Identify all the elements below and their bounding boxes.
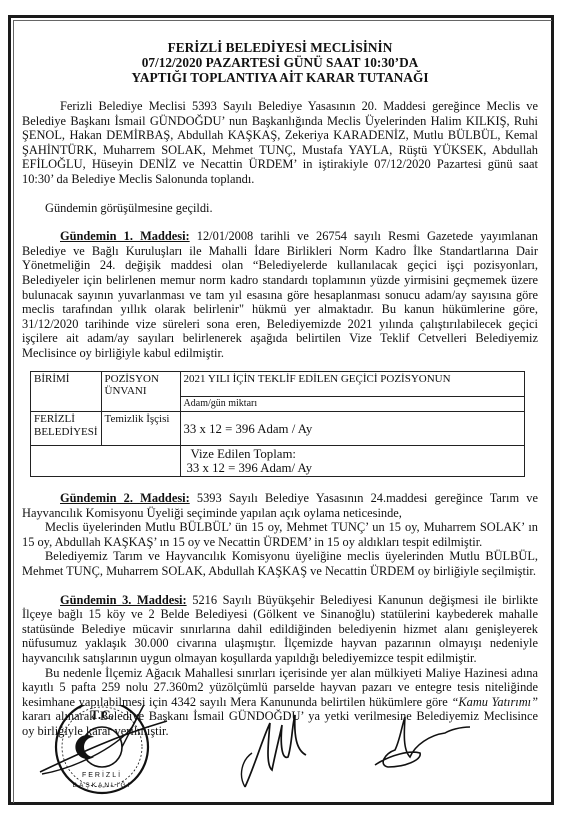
svg-text:FERİZLİ: FERİZLİ [82,770,122,779]
agenda-item-2-result: Belediyemiz Tarım ve Hayvancılık Komisyo… [22,549,538,578]
header-unit: BİRİMİ [31,371,102,412]
title-line-2: 07/12/2020 PAZARTESİ GÜNÜ SAAT 10:30’DA [22,55,538,70]
cell-value: 33 x 12 = 396 Adam / Ay [180,412,524,446]
signature-area: T.C. FERİZLİ BAŞKANLIĞI [30,705,550,800]
svg-text:BAŞKANLIĞI: BAŞKANLIĞI [73,780,132,789]
title-line-1: FERİZLİ BELEDİYESİ MECLİSİNİN [22,40,538,55]
total-value: 33 x 12 = 396 Adam/ Ay [187,461,521,475]
agenda-item-3: Gündemin 3. Maddesi: 5216 Sayılı Büyükşe… [22,593,538,666]
header-proposal: 2021 YILI İÇİN TEKLİF EDİLEN GEÇİCİ POZİ… [180,371,524,396]
title-line-3: YAPTIĞI TOPLANTIYA AİT KARAR TUTANAĞI [22,70,538,85]
vize-table: BİRİMİ POZİSYON ÜNVANI 2021 YILI İÇİN TE… [30,371,525,478]
official-seal-icon: T.C. FERİZLİ BAŞKANLIĞI [40,705,167,793]
signature-secretary2-icon [375,717,470,767]
agenda-item-1-heading: Gündemin 1. Maddesi: [60,229,190,243]
agenda-start: Gündemin görüşülmesine geçildi. [22,201,538,216]
document-title: FERİZLİ BELEDİYESİ MECLİSİNİN 07/12/2020… [22,40,538,85]
cell-total: Vize Edilen Toplam: 33 x 12 = 396 Adam/ … [180,446,524,477]
agenda-item-1-text: 12/01/2008 tarihli ve 26754 sayılı Resmi… [22,229,538,360]
intro-paragraph: Ferizli Belediye Meclisi 5393 Sayılı Bel… [22,99,538,187]
header-subheader: Adam/gün miktarı [180,396,524,412]
total-label: Vize Edilen Toplam: [187,447,521,461]
cell-unit: FERİZLİ BELEDİYESİ [31,412,102,446]
svg-text:T.C.: T.C. [90,707,114,722]
document-body: FERİZLİ BELEDİYESİ MECLİSİNİN 07/12/2020… [22,40,538,739]
agenda-item-2-heading: Gündemin 2. Maddesi: [60,491,190,505]
cell-position: Temizlik İşçisi [101,412,180,446]
header-position: POZİSYON ÜNVANI [101,371,180,412]
agenda-item-2: Gündemin 2. Maddesi: 5393 Sayılı Belediy… [22,491,538,520]
signature-secretary1-icon [241,715,306,787]
signatures-svg: T.C. FERİZLİ BAŞKANLIĞI [30,705,550,800]
agenda-item-1: Gündemin 1. Maddesi: 12/01/2008 tarihli … [22,229,538,360]
agenda-item-3-heading: Gündemin 3. Maddesi: [60,593,187,607]
agenda-item-2-votes: Meclis üyelerinden Mutlu BÜLBÜL’ ün 15 o… [22,520,538,549]
